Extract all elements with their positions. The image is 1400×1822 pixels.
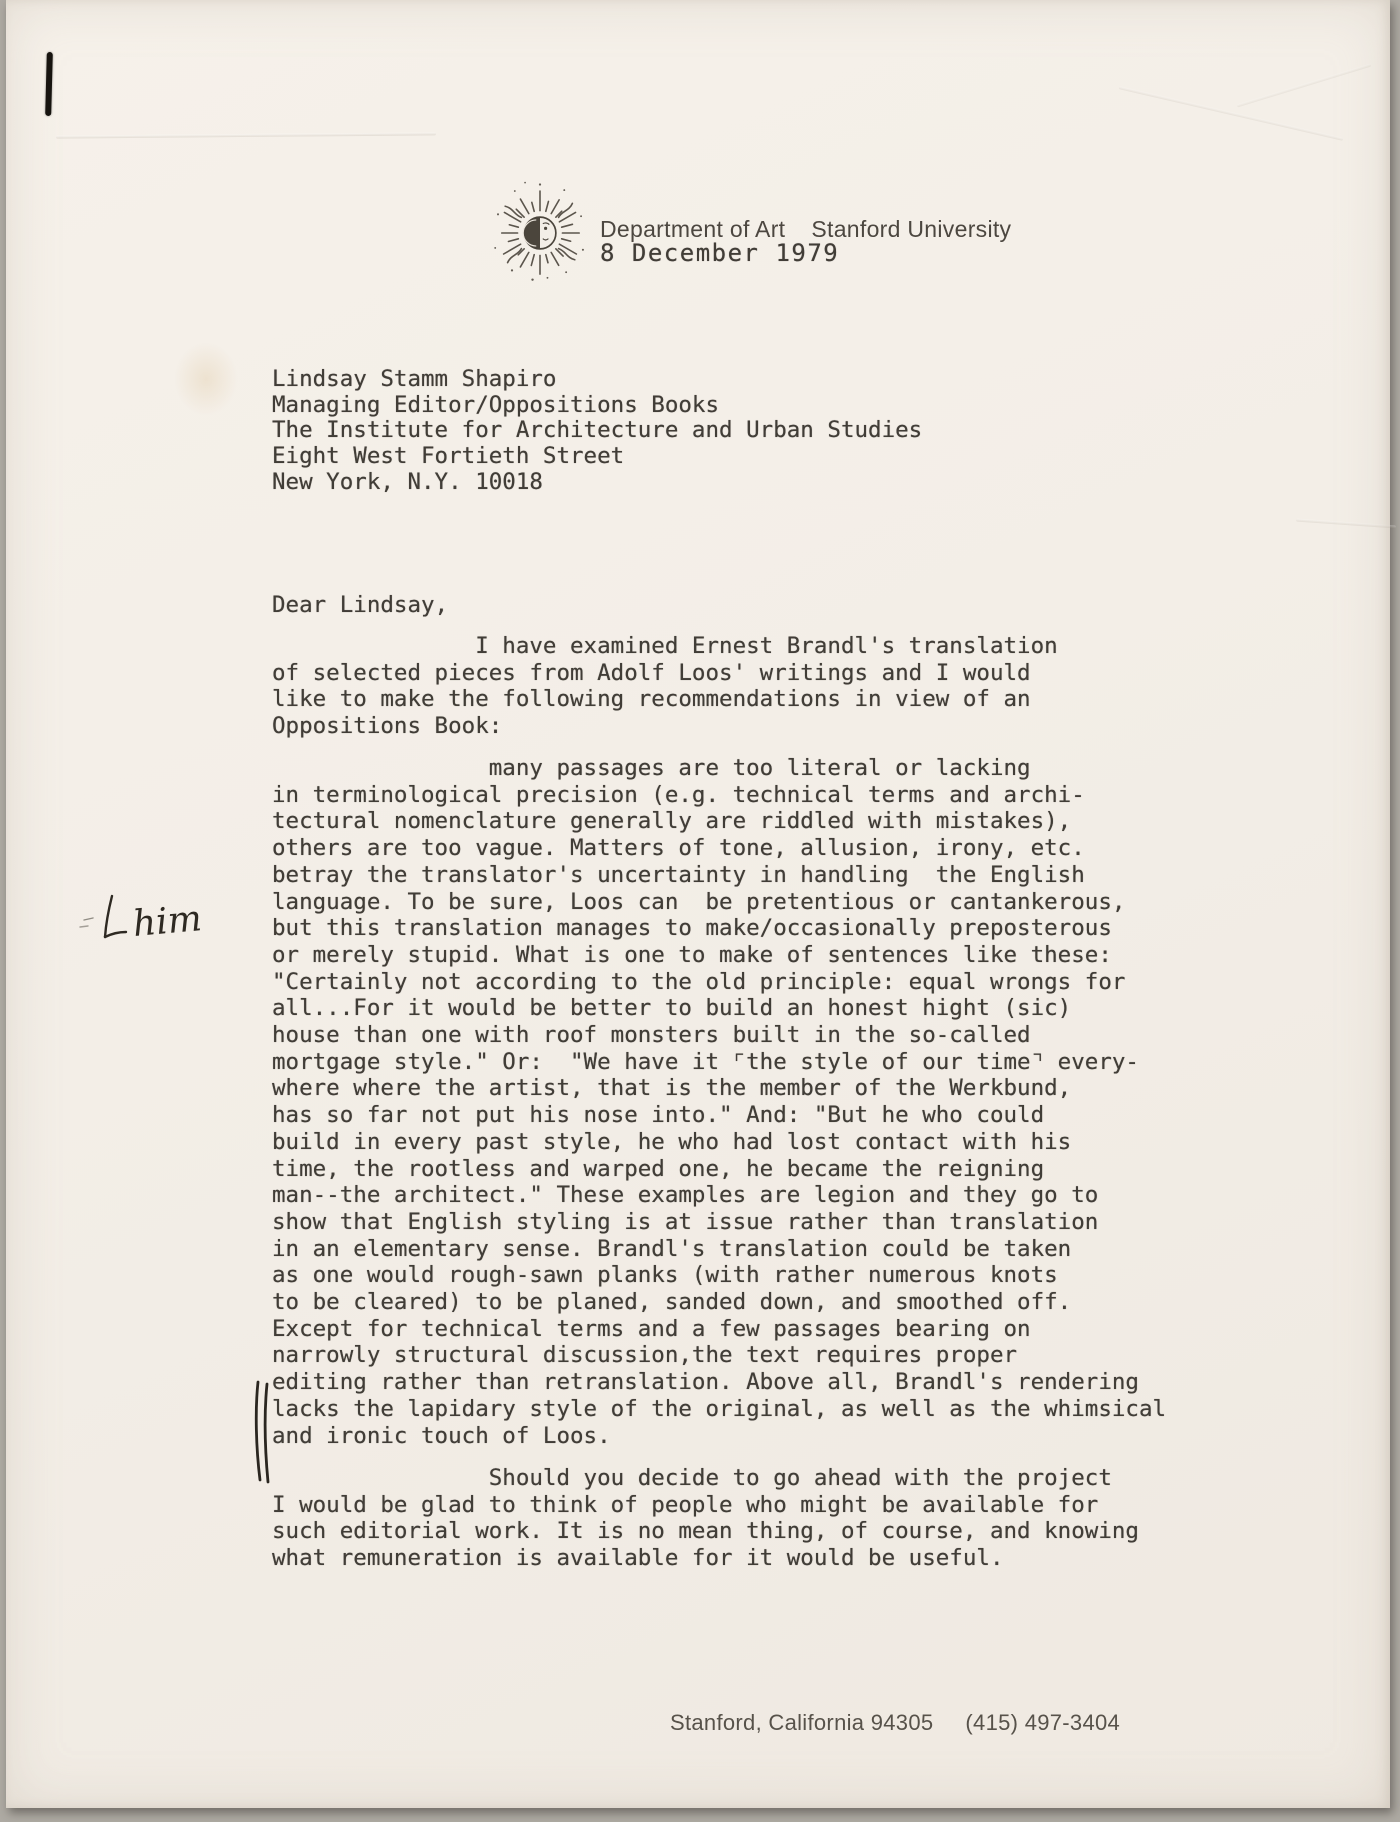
handwritten-insertion-note: him <box>76 890 226 965</box>
insertion-word: him <box>131 898 203 945</box>
recipient-address: Lindsay Stamm Shapiro Managing Editor/Op… <box>272 367 922 496</box>
paper-crease <box>1296 519 1396 529</box>
scan-background: { "letterhead": { "department": "Departm… <box>0 0 1400 1822</box>
paper-crease <box>1237 64 1372 108</box>
footer-address: Stanford, California 94305 <box>670 1710 933 1735</box>
letter-date: 8 December 1979 <box>600 240 839 267</box>
letter-page: Department of ArtStanford University 8 D… <box>6 0 1390 1808</box>
paper-stain <box>174 342 238 416</box>
footer-phone: (415) 497-3404 <box>965 1710 1120 1735</box>
staple-mark <box>45 52 53 116</box>
letterhead-footer: Stanford, California 94305(415) 497-3404 <box>670 1710 1120 1736</box>
margin-emphasis-mark <box>252 1380 274 1491</box>
paragraph-3: Should you decide to go ahead with the p… <box>272 1465 1139 1572</box>
paragraph-1: I have examined Ernest Brandl's translat… <box>272 633 1058 740</box>
letterhead-university: Stanford University <box>811 216 1011 242</box>
salutation: Dear Lindsay, <box>272 592 448 619</box>
double-vertical-line-icon <box>252 1380 274 1486</box>
insertion-caret-icon <box>80 896 126 937</box>
paper-crease <box>56 132 436 138</box>
stanford-sun-emblem-icon <box>484 174 596 292</box>
paragraph-2: many passages are too literal or lacking… <box>272 755 1166 1449</box>
paper-crease <box>1119 86 1344 141</box>
